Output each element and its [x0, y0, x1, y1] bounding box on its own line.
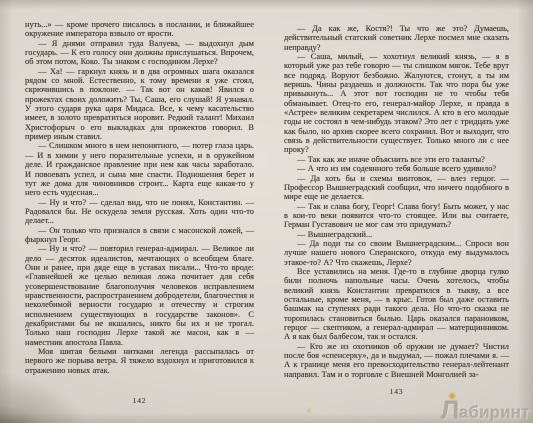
labirint-watermark-text: абиринт	[459, 406, 530, 421]
faint-watermark-mark: ✷	[304, 405, 314, 417]
paragraph: нуть...» — кроме прочего писалось в посл…	[25, 20, 254, 39]
left-page: нуть...» — кроме прочего писалось в посл…	[25, 20, 254, 375]
paragraph: — Да как же, Костя?! Ты что же это? Дума…	[284, 24, 509, 52]
labirint-logo-letter: Л ✷	[440, 400, 459, 421]
paragraph: — Он только что признался в связи с масо…	[25, 226, 254, 245]
paragraph: — Ну и что? — сделал вид, что не понял, …	[25, 198, 254, 226]
paragraph: — Ну и что? — повторил генерал-адмирал. …	[25, 244, 254, 347]
paragraph: — Саша, милый, — хохотнул великий князь,…	[284, 52, 509, 155]
paragraph: — Да поди ты со своим Вышнеградским... С…	[284, 239, 509, 267]
paragraph: — А что из им содеянного тебя больше все…	[284, 164, 509, 173]
paragraph: — Я днями отправил туда Валуева, — выдох…	[25, 39, 254, 67]
paragraph: — Вышнеградский...	[284, 230, 509, 239]
paragraph: — Да хоть бы и схемы винтовок, — влез ге…	[284, 174, 509, 202]
paragraph: Все уставились на меня. Где-то в глубине…	[284, 267, 509, 342]
paragraph: Моя шитая белыми нитками легенда рассыпа…	[25, 347, 254, 375]
page-number-right: 143	[284, 387, 509, 396]
book-spread-photo: нуть...» — кроме прочего писалось в посл…	[0, 0, 533, 423]
right-page: — Да как же, Костя?! Ты что же это? Дума…	[284, 24, 509, 379]
paragraph: — Так и слава богу, Георг! Слава богу! Б…	[284, 202, 509, 230]
page-number-left: 142	[25, 396, 254, 405]
labirint-watermark: Л ✷ абиринт	[440, 400, 530, 421]
paragraph: — Кто же из охотников об оружии не думае…	[284, 342, 509, 379]
paragraph: — Ха! — гаркнул князь и в два огромных ш…	[25, 67, 254, 142]
paragraph: — Так как же иначе объяснить все эти его…	[284, 155, 509, 164]
paragraph: — Слишком много в нем непонятного, — пот…	[25, 141, 254, 197]
